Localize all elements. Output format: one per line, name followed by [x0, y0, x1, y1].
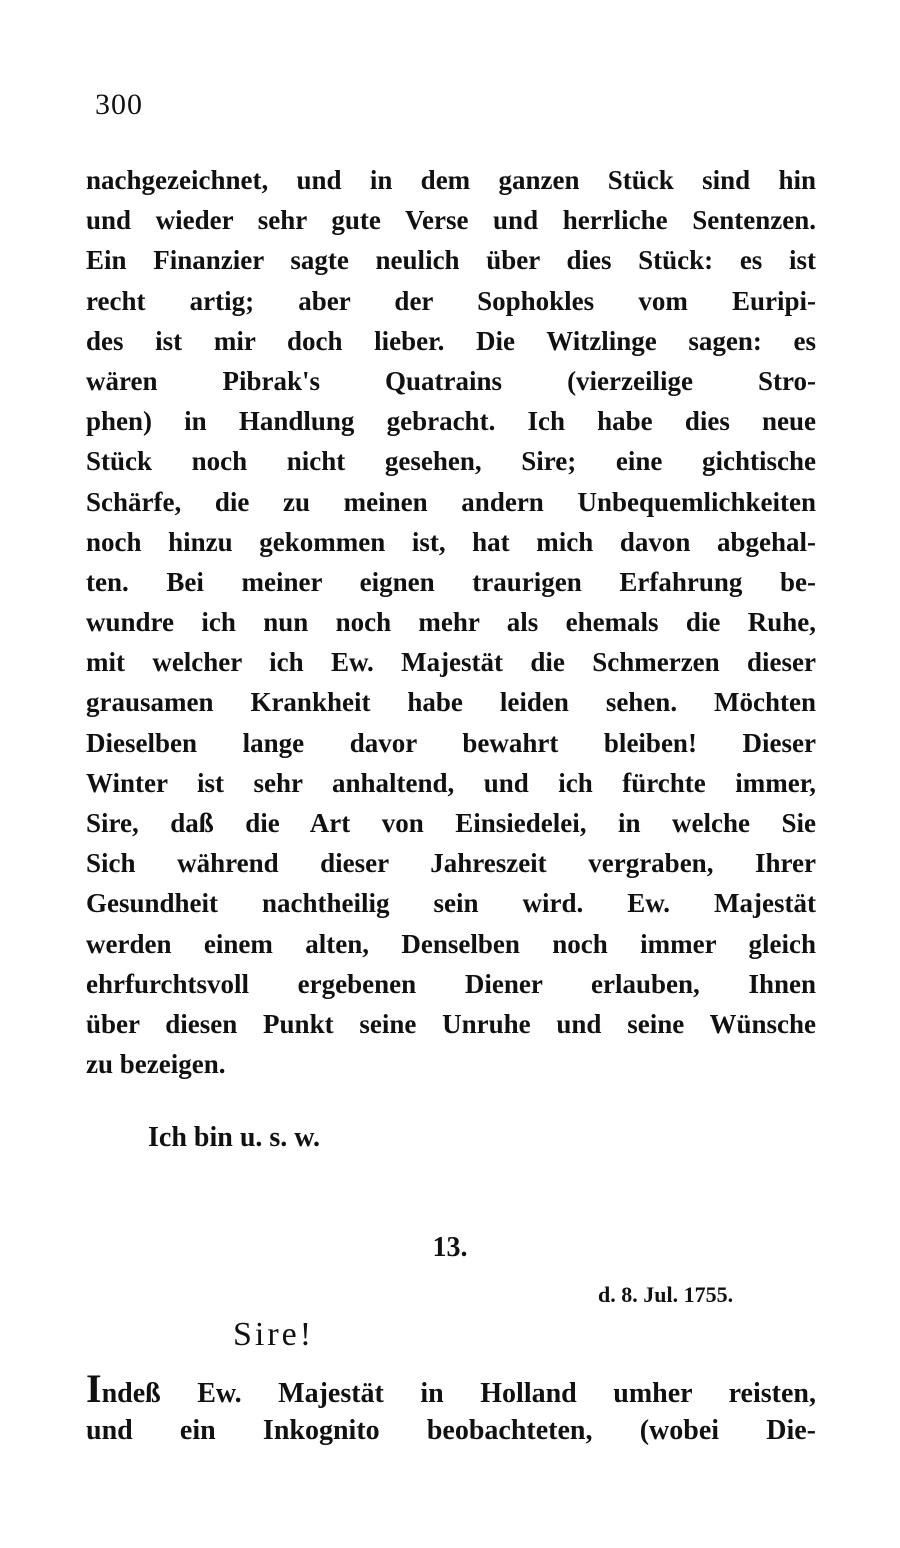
text-line: Sire, daß die Art von Einsiedelei, in we…: [86, 803, 816, 843]
text-line: mit welcher ich Ew. Majestät die Schmerz…: [86, 642, 816, 682]
next-letter-body: Indeß Ew. Majestät in Holland umher reis…: [86, 1368, 816, 1452]
text-line: ten. Bei meiner eignen traurigen Erfahru…: [86, 562, 816, 602]
text-line: zu bezeigen.: [86, 1044, 816, 1084]
page-number: 300: [95, 88, 143, 122]
text-line: Ein Finanzier sagte neulich über dies St…: [86, 240, 816, 280]
text-line: wären Pibrak's Quatrains (vierzeilige St…: [86, 361, 816, 401]
text-line: werden einem alten, Denselben noch immer…: [86, 924, 816, 964]
previous-letter-body: nachgezeichnet, und in dem ganzen Stück …: [86, 160, 816, 1084]
text-line: Schärfe, die zu meinen andern Unbequemli…: [86, 482, 816, 522]
text-line: ehrfurchtsvoll ergebenen Diener erlauben…: [86, 964, 816, 1004]
text-line: und ein Inkognito beobachteten, (wobei D…: [86, 1410, 816, 1452]
text-line: noch hinzu gekommen ist, hat mich davon …: [86, 522, 816, 562]
salutation: Sire!: [233, 1316, 314, 1354]
text-line: Stück noch nicht gesehen, Sire; eine gic…: [86, 441, 816, 481]
text-line: Gesundheit nachtheilig sein wird. Ew. Ma…: [86, 883, 816, 923]
text-line: recht artig; aber der Sophokles vom Euri…: [86, 281, 816, 321]
text-line: und wieder sehr gute Verse und herrliche…: [86, 200, 816, 240]
letter-number: 13.: [0, 1232, 900, 1264]
text-line: Sich während dieser Jahreszeit vergraben…: [86, 843, 816, 883]
text-line: über diesen Punkt seine Unruhe und seine…: [86, 1004, 816, 1044]
text-line: nachgezeichnet, und in dem ganzen Stück …: [86, 160, 816, 200]
text-line: des ist mir doch lieber. Die Witzlinge s…: [86, 321, 816, 361]
text-line: Dieselben lange davor bewahrt bleiben! D…: [86, 723, 816, 763]
text-line: wundre ich nun noch mehr als ehemals die…: [86, 602, 816, 642]
letter-closing: Ich bin u. s. w.: [148, 1122, 320, 1154]
text-line: Winter ist sehr anhaltend, und ich fürch…: [86, 763, 816, 803]
text-line: Indeß Ew. Majestät in Holland umher reis…: [86, 1368, 816, 1410]
letter-date: d. 8. Jul. 1755.: [598, 1282, 733, 1308]
drop-cap: I: [86, 1366, 102, 1411]
text-line: phen) in Handlung gebracht. Ich habe die…: [86, 401, 816, 441]
text-line: grausamen Krankheit habe leiden sehen. M…: [86, 682, 816, 722]
text-line-rest: ndeß Ew. Majestät in Holland umher reist…: [102, 1378, 816, 1409]
